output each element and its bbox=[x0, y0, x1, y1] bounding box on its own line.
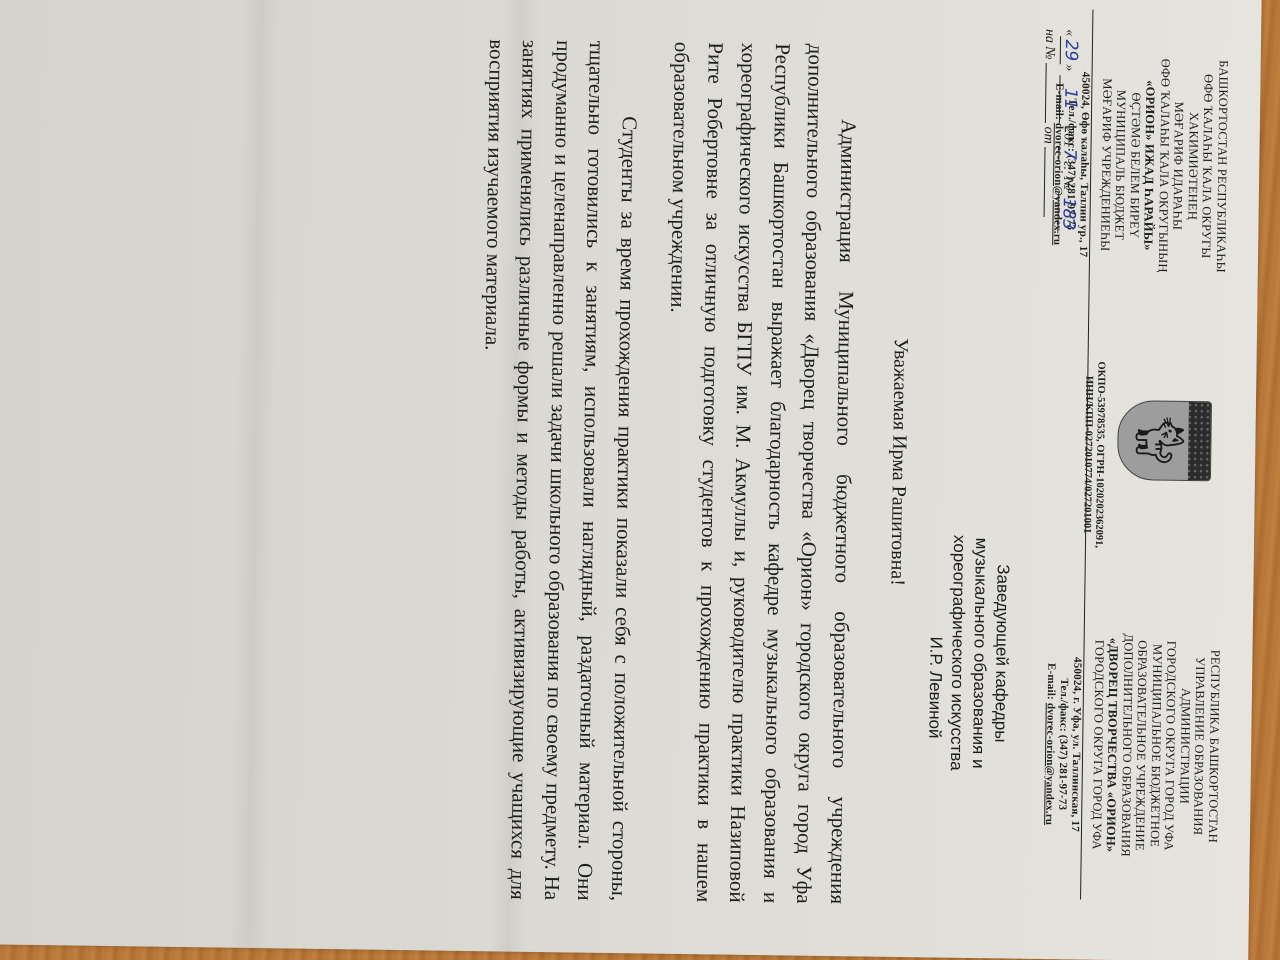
email-label: E-mail: bbox=[1045, 663, 1058, 700]
quote: » bbox=[1062, 64, 1077, 71]
reference-blank bbox=[1045, 63, 1047, 123]
from-label: от bbox=[1041, 127, 1056, 144]
date-year-digit: 7 bbox=[1058, 147, 1079, 161]
marten-coat-of-arms-icon: 🐈︎ bbox=[1117, 400, 1212, 481]
recipient-line: хореографического искусства bbox=[944, 488, 971, 818]
letter-page: БАШКОРТОСТАН РЕСПУБЛИКАҺЫ ӨФӨ ҠАЛАҺЫ ҠАЛ… bbox=[0, 0, 1262, 960]
codes-line: ОКПО-53978535, ОГРН-1020202362091, bbox=[1092, 340, 1107, 570]
emblem-crown bbox=[1188, 402, 1211, 480]
date-month: 11 bbox=[1059, 75, 1081, 123]
salutation: Уважаемая Ирма Рашитовна! bbox=[880, 0, 917, 957]
date-and-number: «29» 11 2017г. № 183 на № от bbox=[1036, 29, 1081, 234]
reference-label: на № bbox=[1042, 29, 1057, 60]
email-link[interactable]: dvorec-orion@yandex.ru bbox=[1044, 703, 1058, 825]
letterhead-russian: РЕСПУБЛИКА БАШКОРТОСТАН УПРАВЛЕНИЕ ОБРАЗ… bbox=[1042, 609, 1223, 881]
recipient-block: Заведующей кафедры музыкального образова… bbox=[922, 487, 1015, 818]
letterhead-line: РЕСПУБЛИКА БАШКОРТОСТАН bbox=[1205, 611, 1223, 881]
recipient-line: музыкального образования и bbox=[966, 488, 993, 818]
date-year-suffix: г. bbox=[1060, 161, 1075, 170]
letter-body: Администрация Муниципального бюджетного … bbox=[449, 39, 865, 905]
letterhead-line: БАШКОРТОСТАН РЕСПУБЛИКАҺЫ bbox=[1213, 41, 1231, 291]
registration-codes: ОКПО-53978535, ОГРН-1020202362091, ИНН/К… bbox=[1080, 340, 1107, 570]
number-label: № bbox=[1060, 177, 1075, 190]
date-day: 29 bbox=[1060, 36, 1081, 64]
marten-icon: 🐈︎ bbox=[1134, 409, 1183, 471]
recipient-line: Заведующей кафедры bbox=[988, 488, 1015, 818]
outgoing-number: 183 bbox=[1057, 194, 1079, 234]
body-paragraph: Администрация Муниципального бюджетного … bbox=[653, 42, 866, 905]
paper-crease bbox=[228, 0, 282, 948]
date-year-prefix: 201 bbox=[1061, 126, 1076, 147]
body-paragraph: Студенты за время прохождения практики п… bbox=[467, 39, 646, 901]
from-blank bbox=[1044, 147, 1046, 217]
